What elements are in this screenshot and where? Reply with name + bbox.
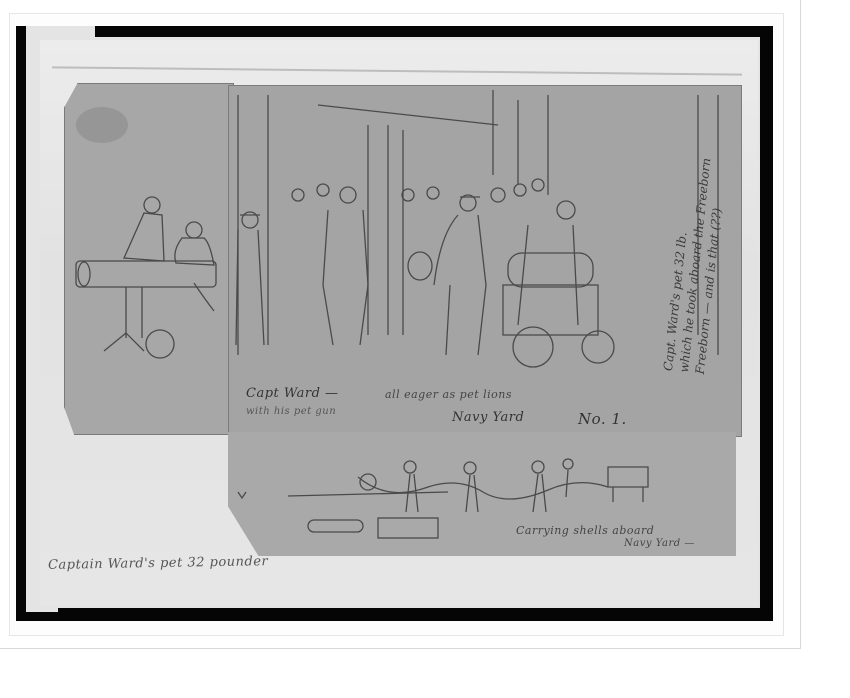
annotation-bottom-location: Navy Yard — <box>624 538 695 549</box>
annotation-subtitle: with his pet gun <box>246 406 336 417</box>
film-border-left <box>16 26 26 621</box>
annotation-bottom: Carrying shells aboard <box>516 524 654 537</box>
left-cannon-sketch <box>64 83 234 435</box>
annotation-location: Navy Yard <box>452 410 524 425</box>
film-border-bottom-left <box>26 612 58 621</box>
annotation-middle: all eager as pet lions <box>385 388 512 401</box>
annotation-title: Capt Ward — <box>246 386 339 401</box>
annotation-number: No. 1. <box>578 410 627 428</box>
film-border-bottom <box>58 608 773 621</box>
film-border-right <box>760 26 773 621</box>
film-border-top <box>95 26 773 37</box>
